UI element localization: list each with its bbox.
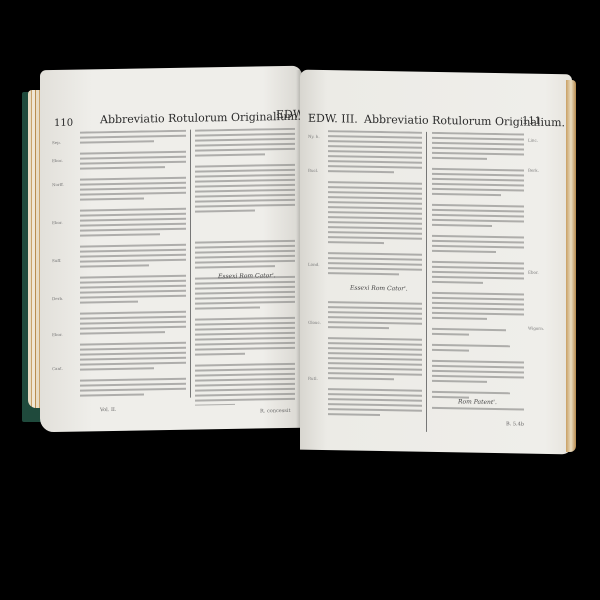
right-text-column-1 — [328, 130, 422, 422]
right-margin-note: Linc. — [528, 138, 538, 143]
right-section-caption-2: Rom Patent'. — [458, 398, 497, 406]
right-margin-note: Glouc. — [308, 320, 321, 325]
left-margin-note: Sep. — [52, 140, 61, 145]
left-margin-note: Ebor. — [52, 332, 63, 337]
right-margin-note: Ny. h. — [308, 134, 320, 139]
left-margin-note: Suff. — [52, 258, 61, 263]
right-margin-note: Wigorn. — [528, 326, 544, 331]
right-footer-signature: B. 5.4b — [506, 421, 524, 427]
right-margin-note: Bucl. — [308, 168, 318, 173]
right-running-title-left: EDW. III. — [308, 112, 358, 126]
right-text-column-2 — [432, 132, 524, 414]
right-page-edge — [566, 80, 576, 452]
left-footer-catchword: R. concessit — [260, 408, 290, 415]
left-column-rule — [190, 130, 191, 398]
right-margin-note: Rutl. — [308, 376, 318, 381]
left-margin-note: Ebor. — [52, 220, 63, 225]
left-margin-note: Norff. — [52, 182, 64, 187]
right-page-number: 111 — [522, 116, 541, 127]
left-margin-note: Eboc. — [52, 158, 63, 163]
left-running-title: Abbreviatio Rotulorum Originalium. — [100, 110, 301, 127]
left-section-caption: Essexi Rom Cator'. — [218, 272, 276, 280]
right-section-caption-1: Essexi Rom Cator'. — [350, 284, 408, 292]
right-margin-note: Berk. — [528, 168, 539, 173]
right-column-rule — [426, 132, 427, 432]
right-margin-note: Lond. — [308, 262, 319, 267]
right-margin-note: Ebor. — [528, 270, 539, 275]
left-text-column-1 — [80, 130, 186, 400]
left-margin-note: Derb. — [52, 296, 63, 301]
left-page: 110 Abbreviatio Rotulorum Originalium. E… — [40, 66, 302, 433]
right-page: EDW. III. Abbreviatio Rotulorum Original… — [300, 70, 572, 455]
left-text-column-2 — [195, 128, 295, 406]
left-signature: Vol. II. — [100, 407, 116, 413]
left-margin-note: Cant. — [52, 366, 63, 371]
left-page-number: 110 — [54, 118, 73, 129]
